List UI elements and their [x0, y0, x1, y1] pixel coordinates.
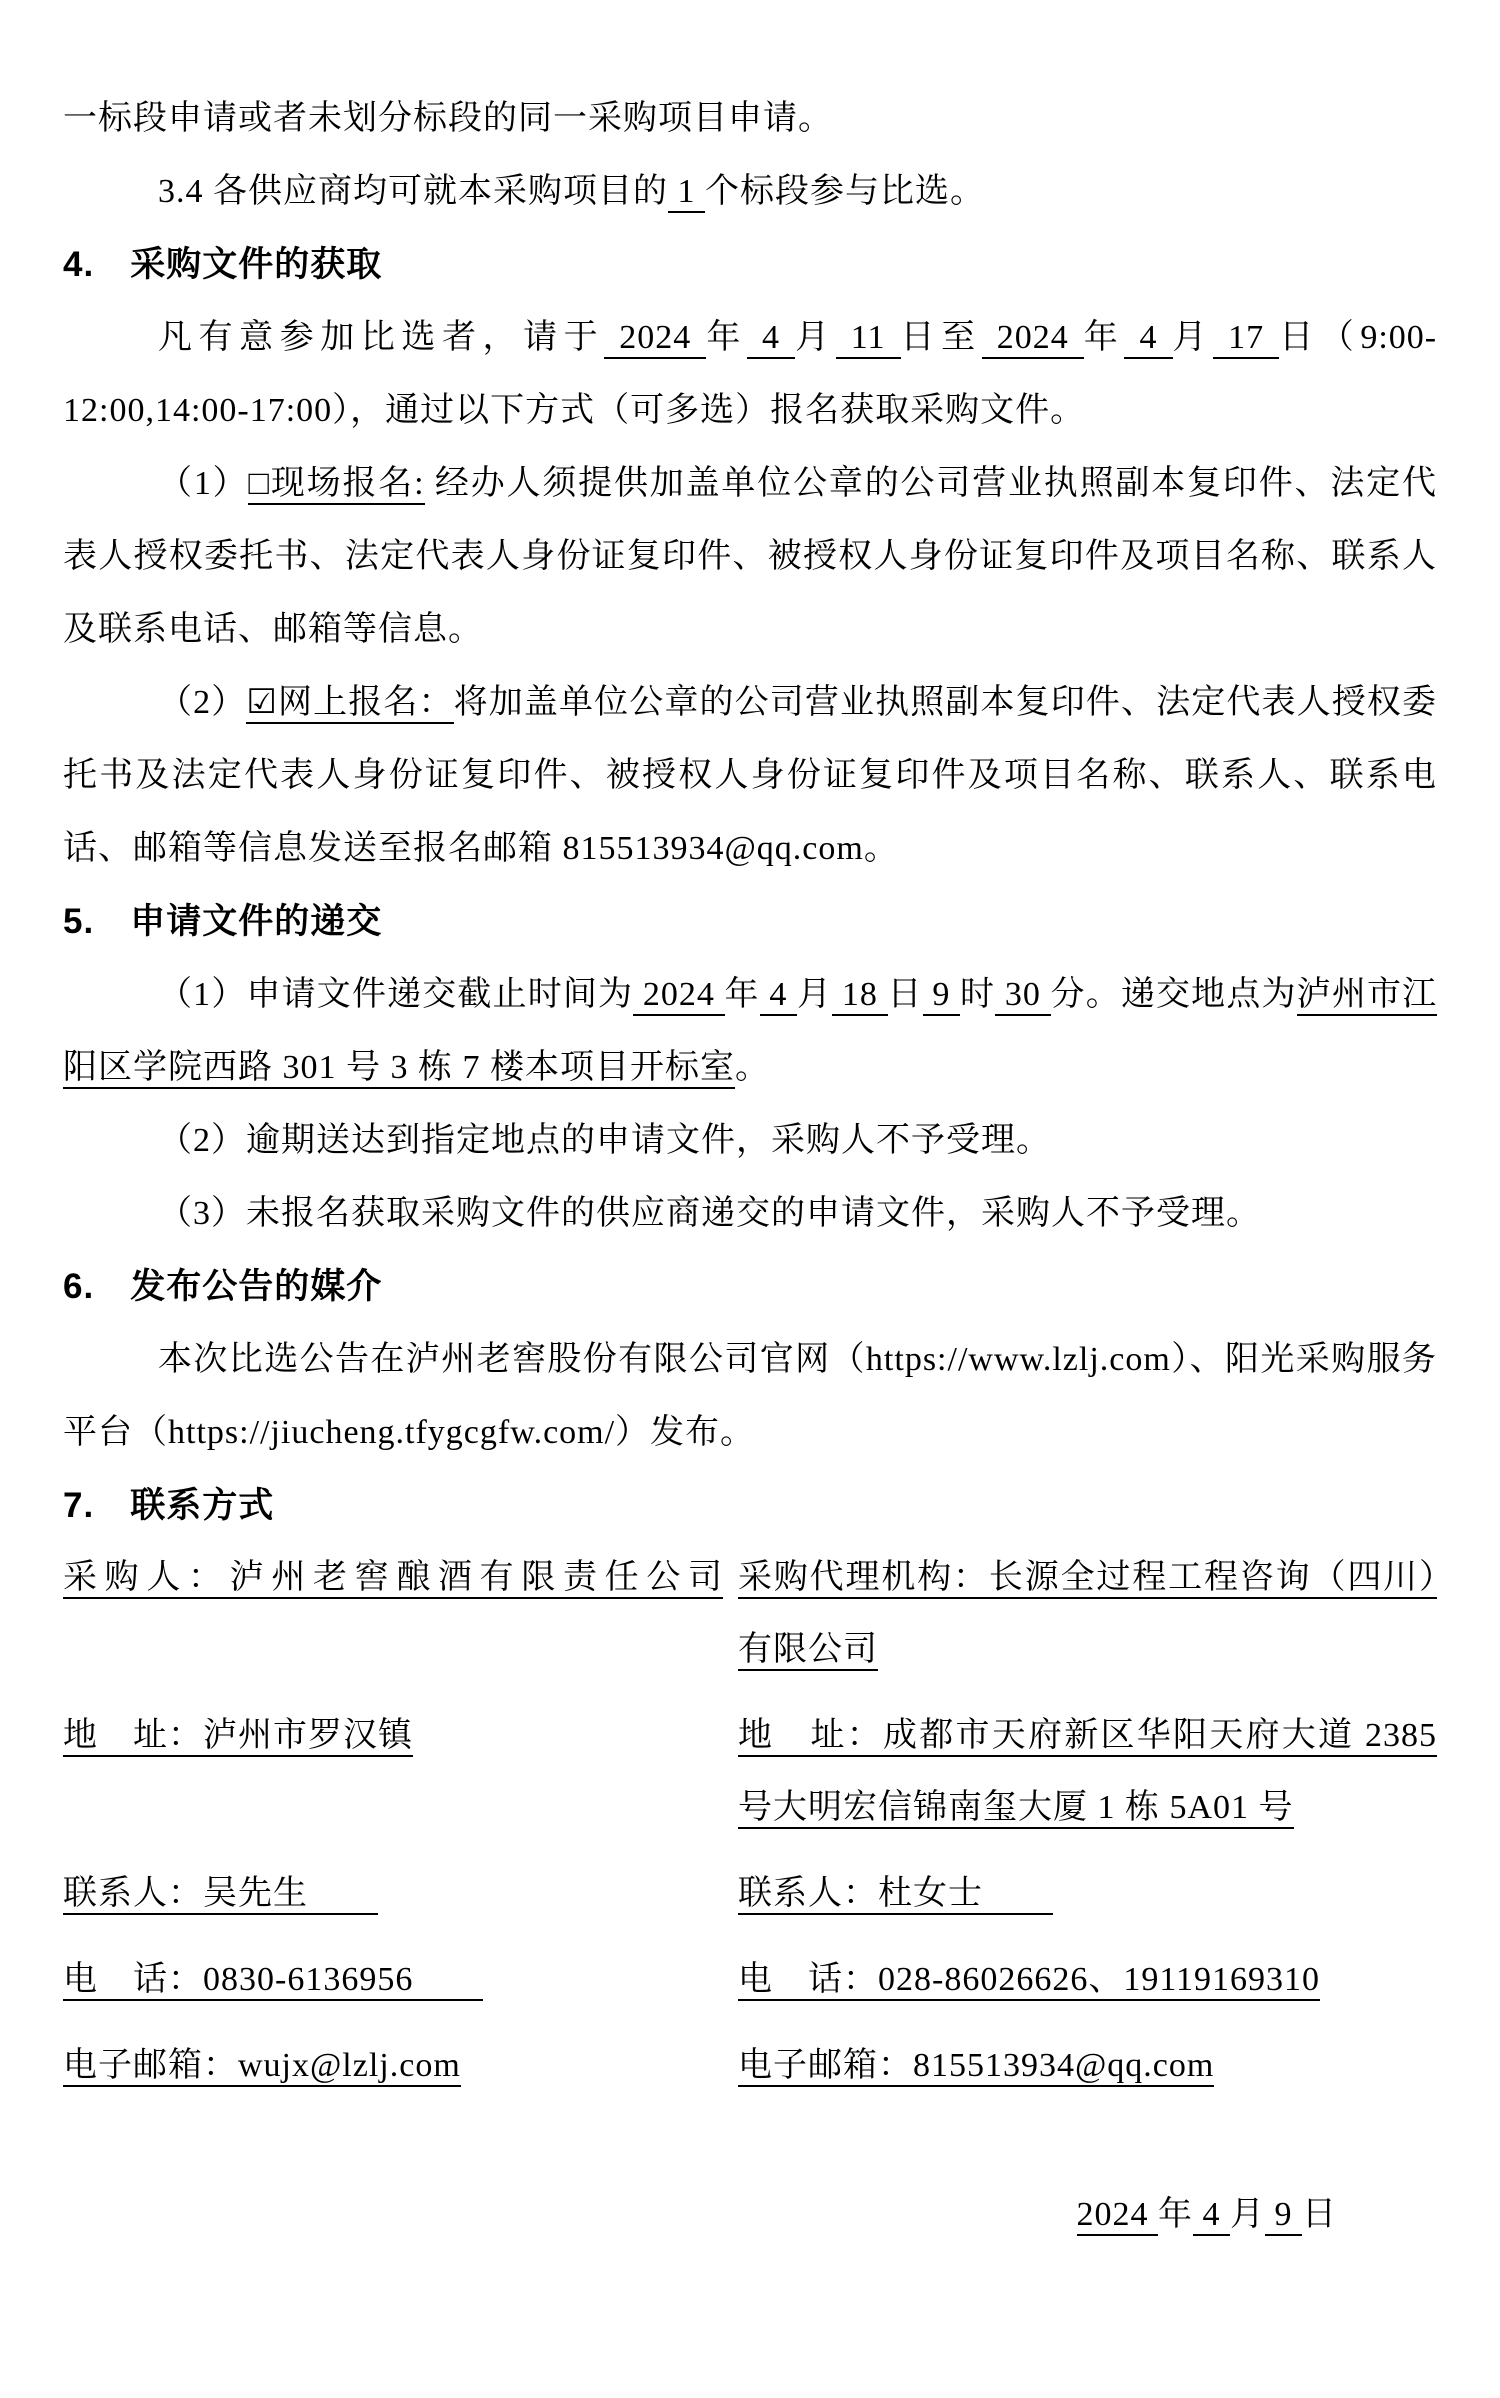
contact-cell-purchaser-name: 采购人：泸州老窖酿酒有限责任公司: [63, 1542, 723, 1614]
section-7-heading: 7. 联系方式: [63, 1469, 1437, 1542]
agency-name: 采购代理机构：长源全过程工程咨询（四川）有限公司: [738, 1559, 1437, 1671]
text-run: 月: [1173, 319, 1214, 356]
text-run: 2024: [633, 976, 724, 1016]
text-run: 年: [706, 319, 747, 356]
agency-contact-person: 联系人：杜女士: [738, 1875, 1053, 1915]
purchaser-contact-person: 联系人：吴先生: [63, 1875, 378, 1915]
agency-phone: 电 话：028-86026626、19119169310: [738, 1961, 1320, 2001]
text-run: 2024: [982, 319, 1084, 359]
text-run: 现场报名:: [271, 465, 425, 505]
contact-cell-purchaser-email: 电子邮箱：wujx@lzlj.com: [63, 2030, 723, 2102]
clause-3-4: 3.4 各供应商均可就本采购项目的 1 个标段参与比选。: [63, 155, 1437, 228]
text-run: 本次比选公告在泸州老窖股份有限公司官网（https://www.lzlj.com…: [63, 1341, 1437, 1451]
text-run: 4: [747, 319, 795, 359]
text-run: 时: [960, 976, 995, 1013]
text-run: 网上报名：: [278, 684, 454, 724]
text-run: 2024: [1077, 2196, 1159, 2236]
text-run: 17: [1213, 319, 1279, 359]
agency-address: 地 址：成都市天府新区华阳天府大道 2385 号大明宏信锦南玺大厦 1 栋 5A…: [738, 1717, 1437, 1829]
contact-cell-agency-contact-person: 联系人：杜女士: [738, 1858, 1437, 1930]
purchaser-phone: 电 话：0830-6136956: [63, 1961, 483, 2001]
text-run: （2）逾期送达到指定地点的申请文件，采购人不予受理。: [158, 1122, 1051, 1159]
text-run: （1）: [158, 465, 248, 502]
text-run: 日: [1302, 2196, 1337, 2233]
text-run: 9: [923, 976, 960, 1016]
text-run: 4: [760, 976, 797, 1016]
text-run: （2）: [158, 684, 246, 721]
text-run: 4: [1124, 319, 1172, 359]
text-run: 1: [668, 173, 705, 213]
contact-cell-agency-name: 采购代理机构：长源全过程工程咨询（四川）有限公司: [738, 1542, 1437, 1686]
text-run: 。: [735, 1049, 770, 1086]
contact-cell-purchaser-phone: 电 话：0830-6136956: [63, 1944, 723, 2016]
text-run: 日至: [901, 319, 982, 356]
text-run: 月: [1230, 2196, 1265, 2233]
text-run: 2024: [604, 319, 706, 359]
checkbox-checked-icon: ☑: [246, 684, 277, 724]
text-run: 月: [795, 319, 836, 356]
text-run: 分。递交地点为: [1051, 976, 1297, 1013]
text-run: 日: [888, 976, 923, 1013]
text-run: （3）未报名获取采购文件的供应商递交的申请文件，采购人不予受理。: [158, 1195, 1261, 1232]
section-6-heading: 6. 发布公告的媒介: [63, 1250, 1437, 1323]
section-5-heading: 5. 申请文件的递交: [63, 885, 1437, 958]
section-4-item-2: （2）☑网上报名：将加盖单位公章的公司营业执照副本复印件、法定代表人授权委托书及…: [63, 666, 1437, 885]
text-run: 3.4 各供应商均可就本采购项目的: [158, 173, 668, 210]
date-line: 2024 年 4 月 9 日: [63, 2178, 1437, 2251]
section-4-intro: 凡有意参加比选者，请于 2024 年 4 月 11 日至 2024 年 4 月 …: [63, 301, 1437, 447]
purchaser-address: 地 址：泸州市罗汉镇: [63, 1717, 413, 1757]
purchaser-name: 采购人：泸州老窖酿酒有限责任公司: [63, 1559, 723, 1599]
text-run: 年: [1158, 2196, 1193, 2233]
text-run: 年: [725, 976, 760, 1013]
checkbox-unchecked-icon: □: [248, 465, 270, 505]
contact-cell-purchaser-contact-person: 联系人：吴先生: [63, 1858, 723, 1930]
text-run: 18: [832, 976, 887, 1016]
text-run: 个标段参与比选。: [705, 173, 985, 210]
text-run: 4: [1193, 2196, 1230, 2236]
contact-cell-agency-address: 地 址：成都市天府新区华阳天府大道 2385 号大明宏信锦南玺大厦 1 栋 5A…: [738, 1700, 1437, 1844]
paragraph-continuation: 一标段申请或者未划分标段的同一采购项目申请。: [63, 82, 1437, 155]
section-5-item-2: （2）逾期送达到指定地点的申请文件，采购人不予受理。: [63, 1104, 1437, 1177]
purchaser-email: 电子邮箱：wujx@lzlj.com: [63, 2047, 461, 2087]
text-run: （1）申请文件递交截止时间为: [158, 976, 633, 1013]
contact-cell-purchaser-address: 地 址：泸州市罗汉镇: [63, 1700, 723, 1772]
text-run: 年: [1084, 319, 1125, 356]
section-5-item-1: （1）申请文件递交截止时间为 2024 年 4 月 18 日 9 时 30 分。…: [63, 958, 1437, 1104]
text-run: 9: [1265, 2196, 1302, 2236]
text-run: 凡有意参加比选者，请于: [158, 319, 604, 356]
section-4-heading: 4. 采购文件的获取: [63, 228, 1437, 301]
text-run: 一标段申请或者未划分标段的同一采购项目申请。: [63, 100, 833, 137]
contact-cell-agency-email: 电子邮箱：815513934@qq.com: [738, 2030, 1437, 2102]
section-4-item-1: （1）□现场报名: 经办人须提供加盖单位公章的公司营业执照副本复印件、法定代表人…: [63, 447, 1437, 666]
text-run: 月: [797, 976, 832, 1013]
section-5-item-3: （3）未报名获取采购文件的供应商递交的申请文件，采购人不予受理。: [63, 1177, 1437, 1250]
text-run: 11: [836, 319, 901, 359]
doc-page: 一标段申请或者未划分标段的同一采购项目申请。 3.4 各供应商均可就本采购项目的…: [0, 0, 1500, 2398]
text-run: 30: [995, 976, 1050, 1016]
agency-email: 电子邮箱：815513934@qq.com: [738, 2047, 1214, 2087]
contacts-table: 采购人：泸州老窖酿酒有限责任公司 采购代理机构：长源全过程工程咨询（四川）有限公…: [63, 1542, 1437, 2102]
section-6-body: 本次比选公告在泸州老窖股份有限公司官网（https://www.lzlj.com…: [63, 1323, 1437, 1469]
contact-cell-agency-phone: 电 话：028-86026626、19119169310: [738, 1944, 1437, 2016]
